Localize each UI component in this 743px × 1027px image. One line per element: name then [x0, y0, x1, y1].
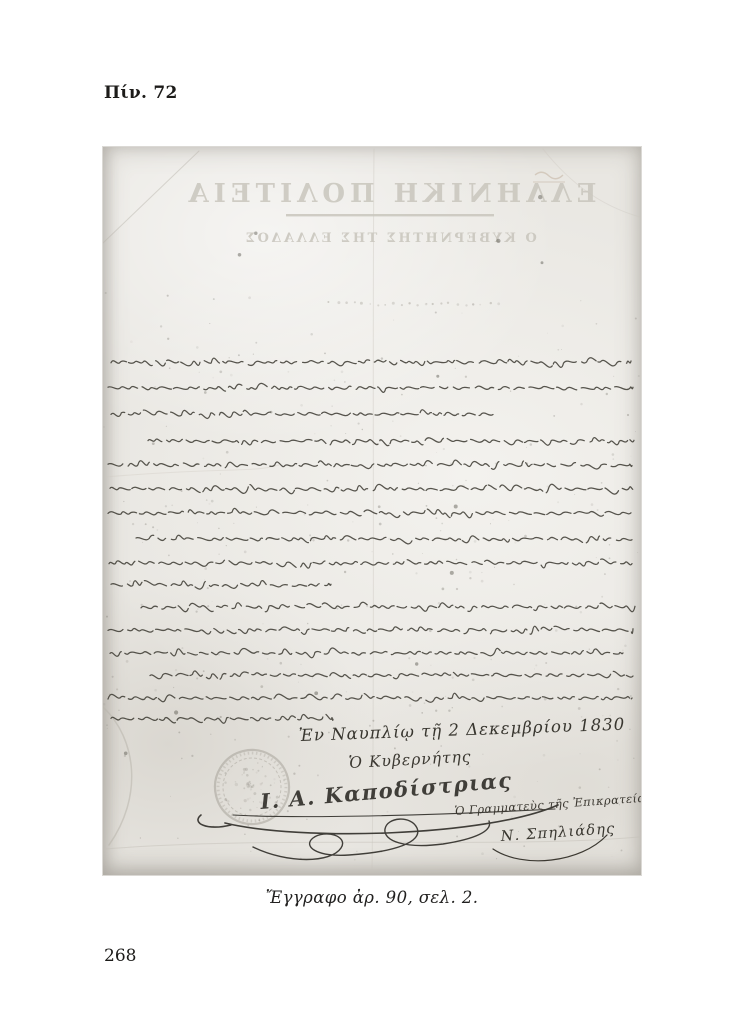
letterhead-line1: ΕΛΛΗΝΙΚΗ ΠΟΛΙΤΕΙΑ — [184, 179, 597, 209]
figure-caption: Ἔγγραφο ἀρ. 90, σελ. 2. — [103, 888, 641, 907]
plate-label: Πίν. 72 — [104, 83, 178, 103]
scanned-document-image: ΕΛΛΗΝΙΚΗ ΠΟΛΙΤΕΙΑ Ο ΚΥΒΕΡΝΗΤΗΣ ΤΗΣ ΕΛΛΑΔ… — [103, 147, 641, 875]
letterhead-bleedthrough: ΕΛΛΗΝΙΚΗ ΠΟΛΙΤΕΙΑ Ο ΚΥΒΕΡΝΗΤΗΣ ΤΗΣ ΕΛΛΑΔ… — [184, 172, 597, 306]
countersignature: Ὁ Γραμματεὺς τῆς Ἐπικρατείας Ν. Σπηλιάδη… — [454, 790, 641, 861]
signer-title: Ὁ Κυβερνήτης — [348, 748, 472, 772]
page-number: 268 — [104, 946, 136, 966]
handwriting-body — [108, 358, 635, 723]
dateline: Ἐν Ναυπλίῳ τῇ 2 Δεκεμβρίου 1830 — [298, 715, 625, 746]
letterhead-line2: Ο ΚΥΒΕΡΝΗΤΗΣ ΤΗΣ ΕΛΛΑΔΟΣ — [243, 231, 536, 246]
book-page: { "page": { "plate_label": "Πίν. 72", "c… — [0, 0, 743, 1027]
letterhead-rule — [286, 214, 494, 216]
ink-bleed-row — [327, 301, 500, 307]
scan-canvas: ΕΛΛΗΝΙΚΗ ΠΟΛΙΤΕΙΑ Ο ΚΥΒΕΡΝΗΤΗΣ ΤΗΣ ΕΛΛΑΔ… — [103, 147, 641, 875]
